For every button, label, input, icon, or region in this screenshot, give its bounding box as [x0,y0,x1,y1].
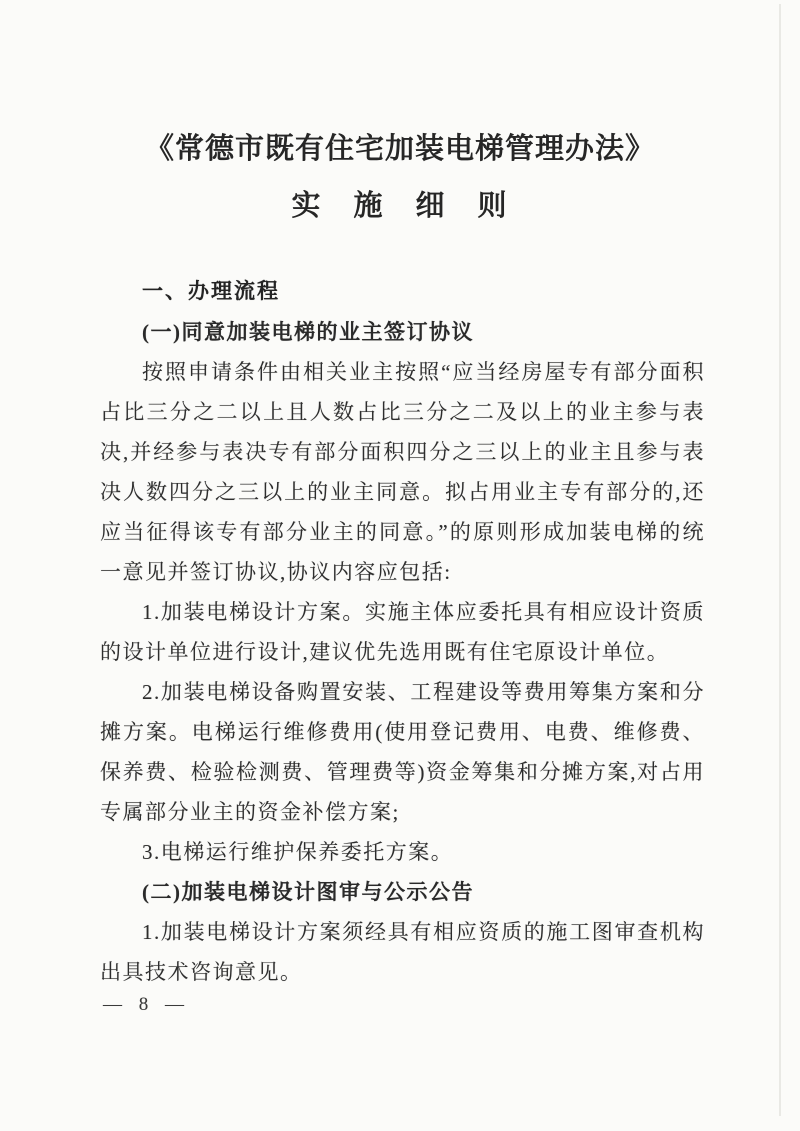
list-item-maintenance-plan: 3.电梯运行维护保养委托方案。 [100,832,705,872]
list-item-cost-plan: 2.加装电梯设备购置安装、工程建设等费用筹集方案和分摊方案。电梯运行维修费用(使… [100,672,705,832]
document-title: 《常德市既有住宅加装电梯管理办法》 [0,130,800,168]
document-page: 《常德市既有住宅加装电梯管理办法》 实 施 细 则 一、办理流程 (一)同意加装… [0,0,800,1131]
document-header: 《常德市既有住宅加装电梯管理办法》 实 施 细 则 [0,0,800,225]
list-item-design-plan: 1.加装电梯设计方案。实施主体应委托具有相应设计资质的设计单位进行设计,建议优先… [100,592,705,672]
section-heading-process: 一、办理流程 [100,272,705,312]
document-subtitle: 实 施 细 则 [0,187,800,225]
scan-edge-artifact [779,4,781,1116]
subheading-owner-agreement: (一)同意加装电梯的业主签订协议 [100,312,705,352]
document-footer: — 8 — [0,994,800,1016]
document-body: 一、办理流程 (一)同意加装电梯的业主签订协议 按照申请条件由相关业主按照“应当… [100,272,705,992]
page-number: — 8 — [103,994,800,1016]
subheading-design-review: (二)加装电梯设计图审与公示公告 [100,872,705,912]
paragraph-voting-rules: 按照申请条件由相关业主按照“应当经房屋专有部分面积占比三分之二以上且人数占比三分… [100,352,705,592]
paragraph-review-opinion: 1.加装电梯设计方案须经具有相应资质的施工图审查机构出具技术咨询意见。 [100,912,705,992]
